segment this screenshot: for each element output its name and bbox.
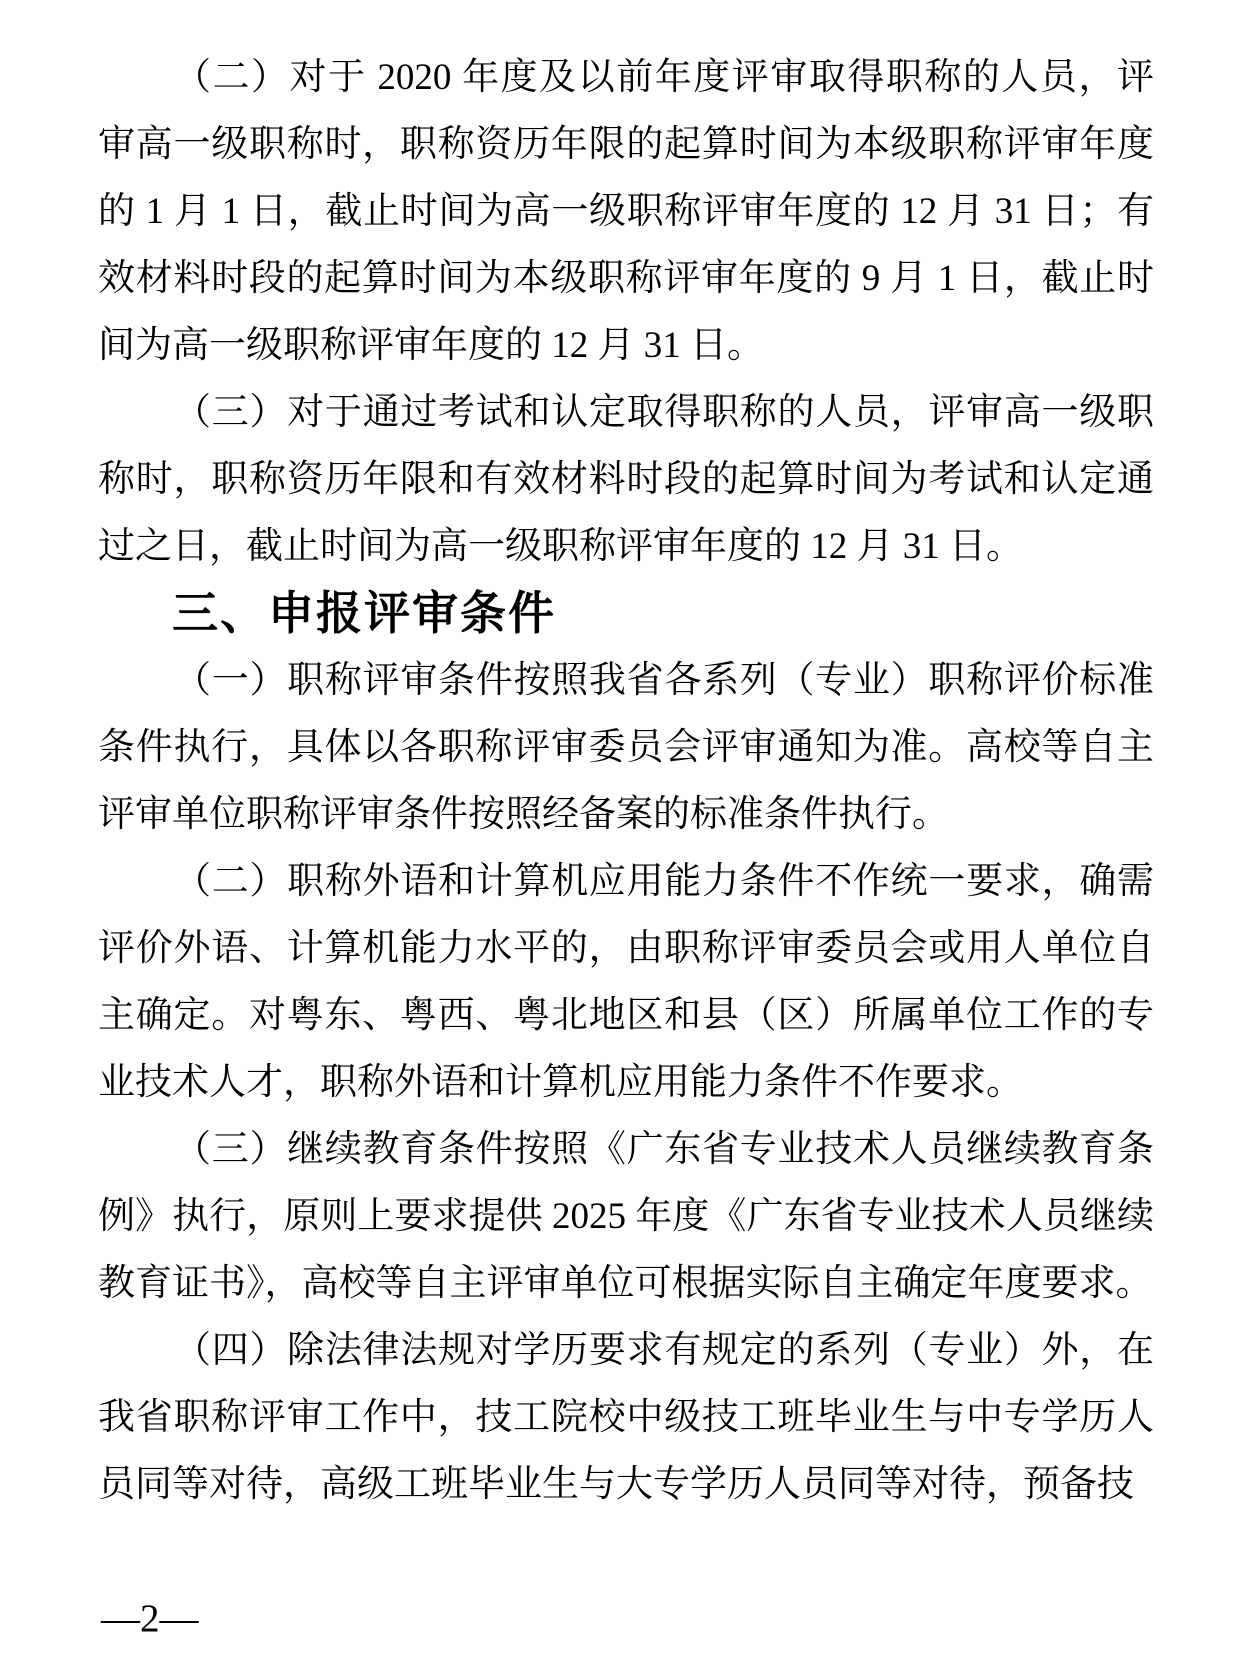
- document-body: （二）对于 2020 年度及以前年度评审取得职称的人员，评审高一级职称时，职称资…: [98, 44, 1154, 1518]
- paragraph-eval-year-2020: （二）对于 2020 年度及以前年度评审取得职称的人员，评审高一级职称时，职称资…: [98, 44, 1154, 379]
- paragraph-condition-standards: （一）职称评审条件按照我省各系列（专业）职称评价标准条件执行，具体以各职称评审委…: [98, 647, 1154, 848]
- paragraph-continuing-education: （三）继续教育条件按照《广东省专业技术人员继续教育条例》执行，原则上要求提供 2…: [98, 1116, 1154, 1317]
- paragraph-language-computer: （二）职称外语和计算机应用能力条件不作统一要求，确需评价外语、计算机能力水平的，…: [98, 848, 1154, 1116]
- section-heading-application-conditions: 三、申报评审条件: [98, 580, 1154, 647]
- page-number: —2—: [101, 1597, 199, 1641]
- document-page: （二）对于 2020 年度及以前年度评审取得职称的人员，评审高一级职称时，职称资…: [0, 0, 1259, 1661]
- paragraph-education-equivalence: （四）除法律法规对学历要求有规定的系列（专业）外，在我省职称评审工作中，技工院校…: [98, 1317, 1154, 1518]
- paragraph-exam-recognition: （三）对于通过考试和认定取得职称的人员，评审高一级职称时，职称资历年限和有效材料…: [98, 379, 1154, 580]
